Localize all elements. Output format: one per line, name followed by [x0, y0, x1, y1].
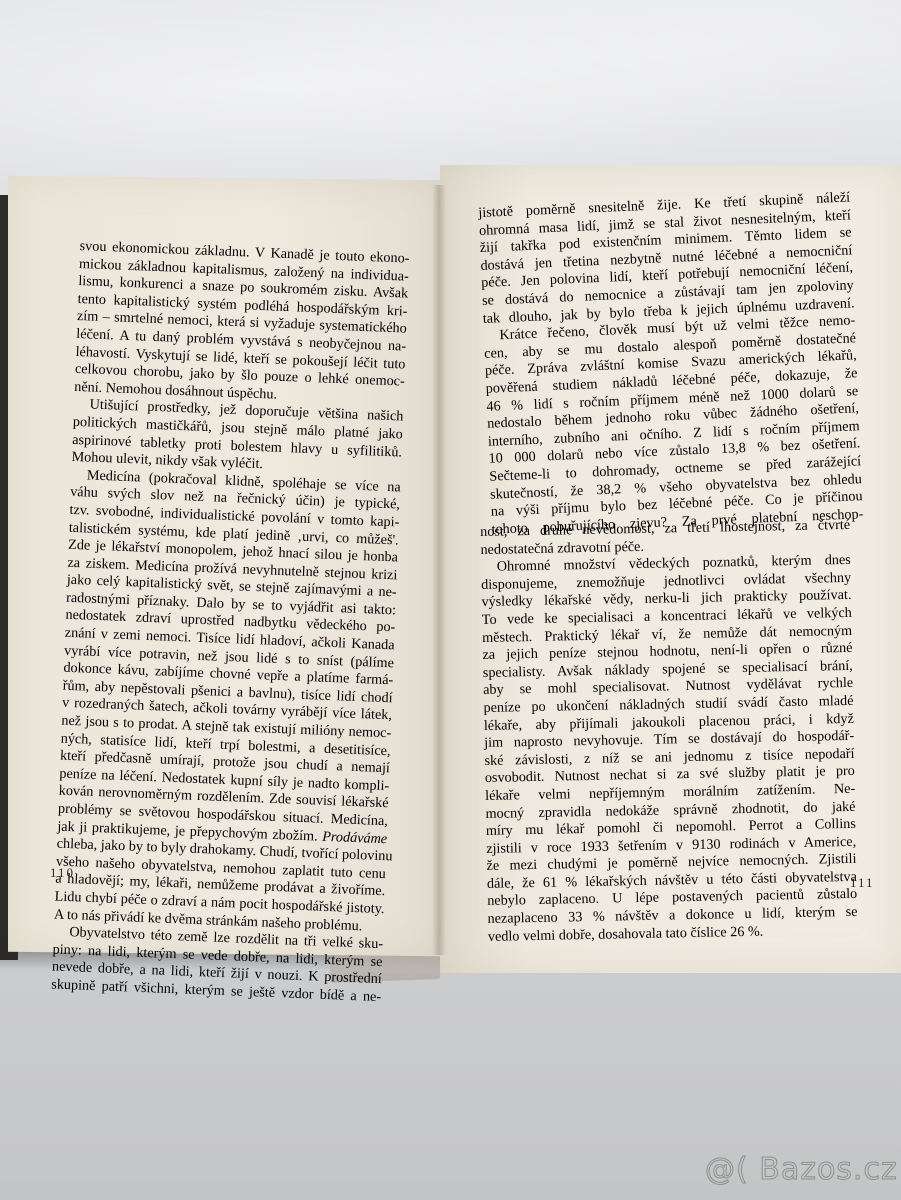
page-number-left: 110	[50, 865, 75, 881]
right-page-text-lower: nost, za druhé nevědomost, za třetí lhos…	[480, 517, 858, 946]
italic-fragment: Prodáváme	[322, 828, 387, 846]
watermark-logo: @( Bazos.cz	[705, 1152, 898, 1187]
book-gutter	[432, 185, 446, 955]
left-page-text: svou ekonomickou základnu. V Kanadě je t…	[51, 238, 410, 1007]
page-number-right: 111	[850, 875, 875, 891]
right-page-text-upper: jistotě poměrně snesitelně žije. Ke třet…	[478, 189, 864, 539]
